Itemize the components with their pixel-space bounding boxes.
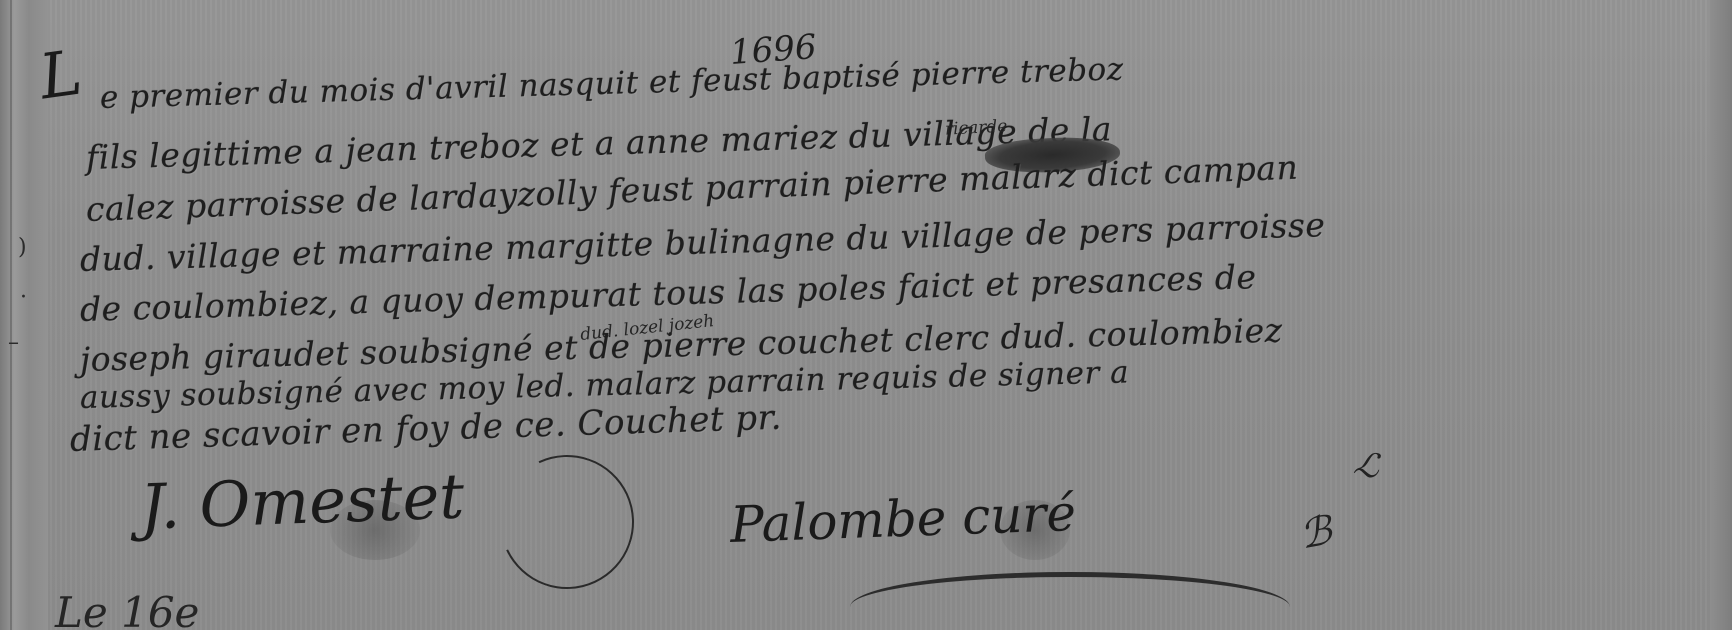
page-right-edge — [1710, 0, 1732, 630]
document-scan: ) · – 1696 L e premier du mois d'avril n… — [0, 0, 1732, 630]
signature-priest: Palombe curé — [729, 484, 1077, 554]
paraph-mark: ℒ — [1350, 443, 1384, 488]
signature-witness: J. Omestet — [139, 459, 465, 543]
signature-underline — [850, 572, 1290, 607]
next-entry-fragment: Le 16e — [55, 588, 199, 630]
margin-dash: – — [8, 330, 19, 355]
text-line-1: e premier du mois d'avril nasquit et feu… — [99, 51, 1124, 116]
margin-mark: ) — [18, 235, 27, 260]
decorated-initial: L — [35, 35, 86, 113]
margin-dot: · — [20, 285, 27, 310]
page-binding-edge — [0, 0, 48, 630]
paraph-mark: ℬ — [1296, 508, 1335, 559]
signature-flourish — [481, 436, 653, 608]
interlinear-note: ricarde — [945, 116, 1008, 139]
